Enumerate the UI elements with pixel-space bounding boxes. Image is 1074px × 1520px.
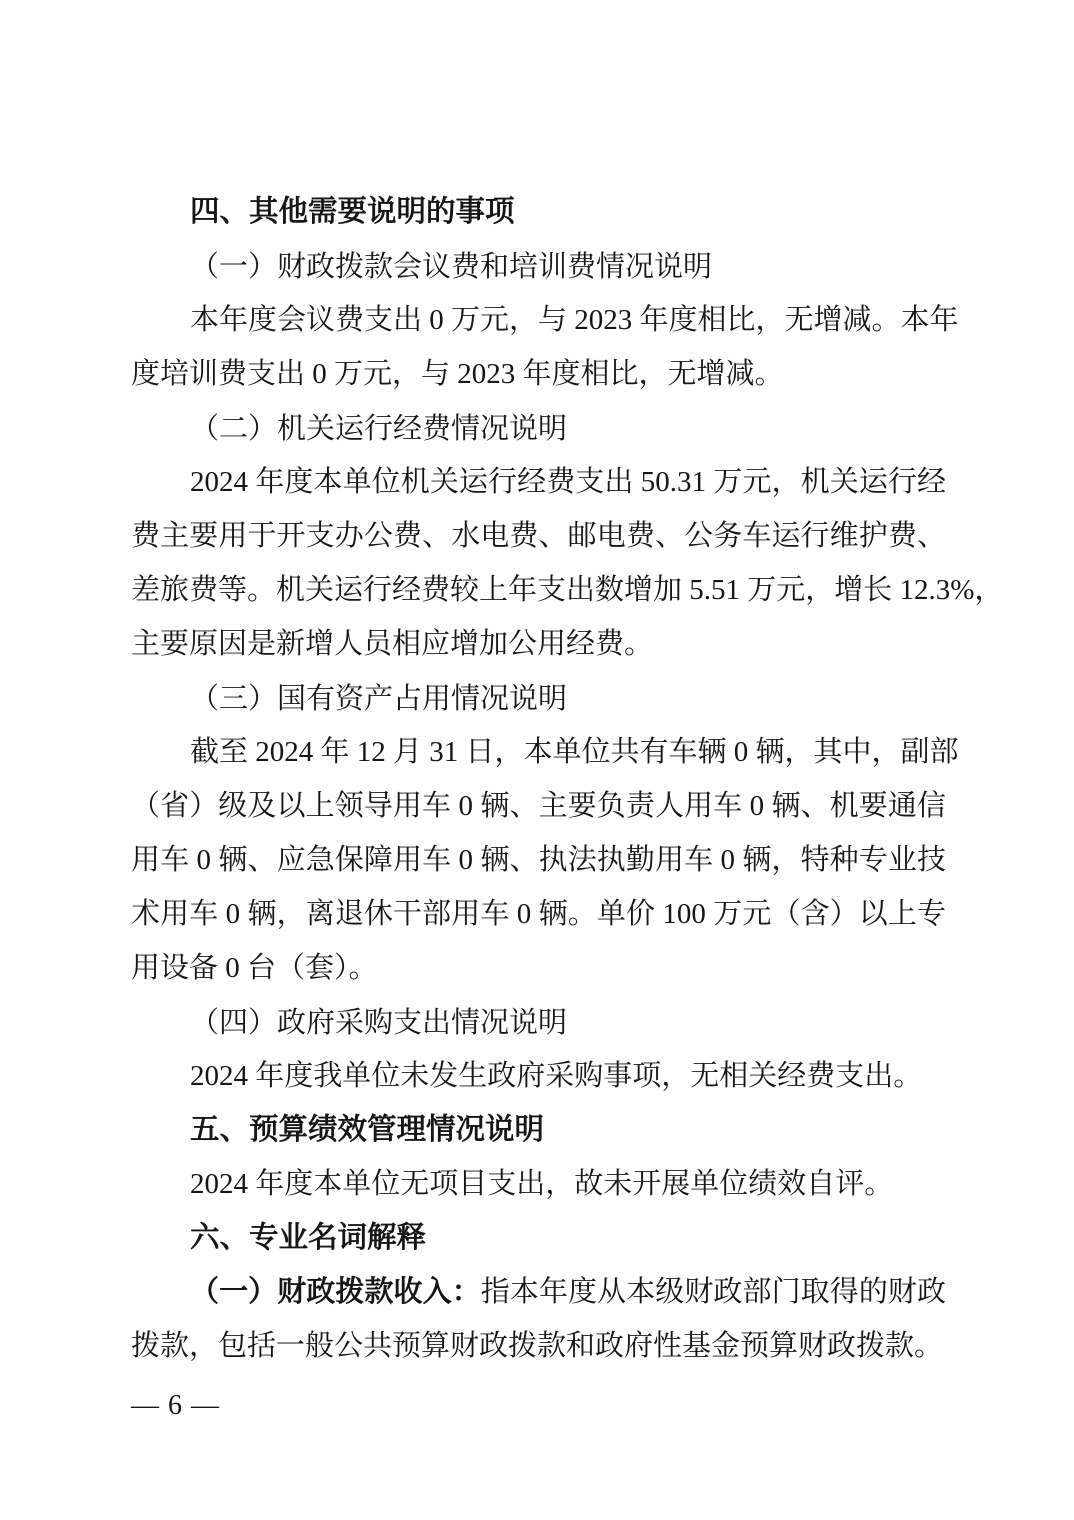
paragraph-line: 2024 年度我单位未发生政府采购事项，无相关经费支出。 <box>131 1049 946 1103</box>
paragraph-line: 2024 年度本单位机关运行经费支出 50.31 万元，机关运行经 <box>131 455 946 509</box>
section-5-heading: 五、预算绩效管理情况说明 <box>131 1103 946 1157</box>
paragraph-line: 度培训费支出 0 万元，与 2023 年度相比，无增减。 <box>131 347 946 401</box>
paragraph-line: 术用车 0 辆，离退休干部用车 0 辆。单价 100 万元（含）以上专 <box>131 887 946 941</box>
paragraph-line: 用车 0 辆、应急保障用车 0 辆、执法执勤用车 0 辆，特种专业技 <box>131 833 946 887</box>
document-page: 四、其他需要说明的事项 （一）财政拨款会议费和培训费情况说明 本年度会议费支出 … <box>0 0 1074 1421</box>
paragraph-line: 拨款，包括一般公共预算财政拨款和政府性基金预算财政拨款。 <box>131 1319 946 1373</box>
definition-text: 指本年度从本级财政部门取得的财政 <box>481 1276 946 1308</box>
paragraph-line: 截至 2024 年 12 月 31 日，本单位共有车辆 0 辆，其中，副部 <box>131 725 946 779</box>
subsection-4-3-title: （三）国有资产占用情况说明 <box>131 671 946 725</box>
definition-term: （一）财政拨款收入： <box>190 1276 481 1308</box>
section-6-heading: 六、专业名词解释 <box>131 1211 946 1265</box>
paragraph-line: 差旅费等。机关运行经费较上年支出数增加 5.51 万元，增长 12.3%， <box>131 563 946 617</box>
paragraph-line: （省）级及以上领导用车 0 辆、主要负责人用车 0 辆、机要通信 <box>131 779 946 833</box>
paragraph-line: （一）财政拨款收入：指本年度从本级财政部门取得的财政 <box>131 1265 946 1319</box>
paragraph-line: 本年度会议费支出 0 万元，与 2023 年度相比，无增减。本年 <box>131 293 946 347</box>
subsection-4-1-title: （一）财政拨款会议费和培训费情况说明 <box>131 239 946 293</box>
paragraph-line: 主要原因是新增人员相应增加公用经费。 <box>131 617 946 671</box>
section-4-heading: 四、其他需要说明的事项 <box>131 185 946 239</box>
paragraph-line: 费主要用于开支办公费、水电费、邮电费、公务车运行维护费、 <box>131 509 946 563</box>
paragraph-line: 用设备 0 台（套）。 <box>131 941 946 995</box>
subsection-4-2-title: （二）机关运行经费情况说明 <box>131 401 946 455</box>
subsection-4-4-title: （四）政府采购支出情况说明 <box>131 995 946 1049</box>
page-number: — 6 — <box>131 1391 946 1421</box>
paragraph-line: 2024 年度本单位无项目支出，故未开展单位绩效自评。 <box>131 1157 946 1211</box>
